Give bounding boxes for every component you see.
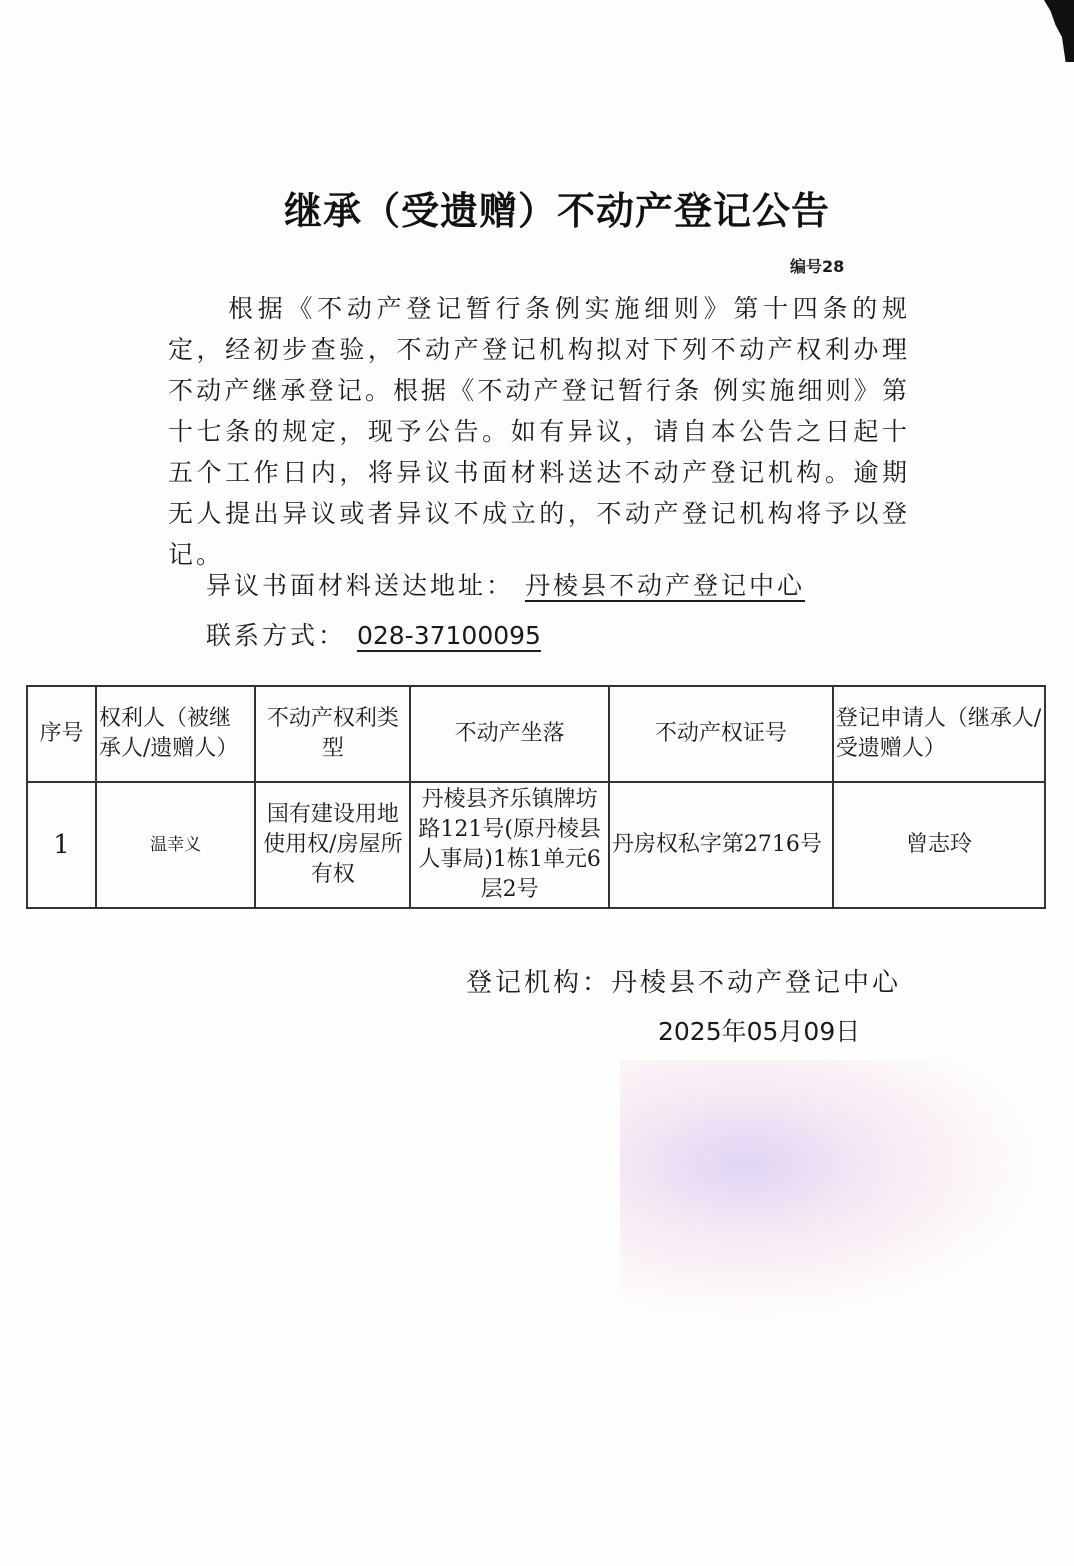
row-holder: 温幸义 <box>96 782 255 908</box>
registration-table: 序号 权利人（被继承人/遗赠人） 不动产权利类型 不动产坐落 不动产权证号 登记… <box>26 685 1046 909</box>
table-row: 1 温幸义 国有建设用地使用权/房屋所有权 丹棱县齐乐镇牌坊路121号(原丹棱县… <box>27 782 1045 908</box>
contact-info: 联系方式： 028-37100095 <box>206 616 541 652</box>
header-index: 序号 <box>27 686 96 782</box>
notice-date: 2025年05月09日 <box>658 1012 860 1048</box>
contact-phone: 028-37100095 <box>357 621 541 650</box>
header-right-type: 不动产权利类型 <box>255 686 410 782</box>
table-header-row: 序号 权利人（被继承人/遗赠人） 不动产权利类型 不动产坐落 不动产权证号 登记… <box>27 686 1045 782</box>
header-holder: 权利人（被继承人/遗赠人） <box>96 686 255 782</box>
registration-organization: 登记机构：丹棱县不动产登记中心 <box>466 962 901 999</box>
photo-edge-shadow <box>1044 0 1074 62</box>
notice-body: 根据《不动产登记暂行条例实施细则》第十四条的规定，经初步查验，不动产登记机构拟对… <box>168 288 910 575</box>
contact-label: 联系方式： <box>206 621 346 650</box>
objection-address: 异议书面材料送达地址： 丹棱县不动产登记中心 <box>206 566 805 602</box>
row-index: 1 <box>27 782 96 908</box>
row-right-type: 国有建设用地使用权/房屋所有权 <box>255 782 410 908</box>
row-location: 丹棱县齐乐镇牌坊路121号(原丹棱县人事局)1栋1单元6层2号 <box>410 782 608 908</box>
header-applicant: 登记申请人（继承人/受遗赠人） <box>833 686 1045 782</box>
header-certificate: 不动产权证号 <box>609 686 833 782</box>
row-applicant: 曾志玲 <box>833 782 1045 908</box>
header-location: 不动产坐落 <box>410 686 608 782</box>
document-number: 编号28 <box>790 254 844 277</box>
row-certificate: 丹房权私字第2716号 <box>609 782 833 908</box>
objection-address-value: 丹棱县不动产登记中心 <box>525 571 805 600</box>
paper-stain <box>620 1060 1040 1320</box>
document-title: 继承（受遗赠）不动产登记公告 <box>0 180 1074 235</box>
objection-address-label: 异议书面材料送达地址： <box>206 571 514 600</box>
